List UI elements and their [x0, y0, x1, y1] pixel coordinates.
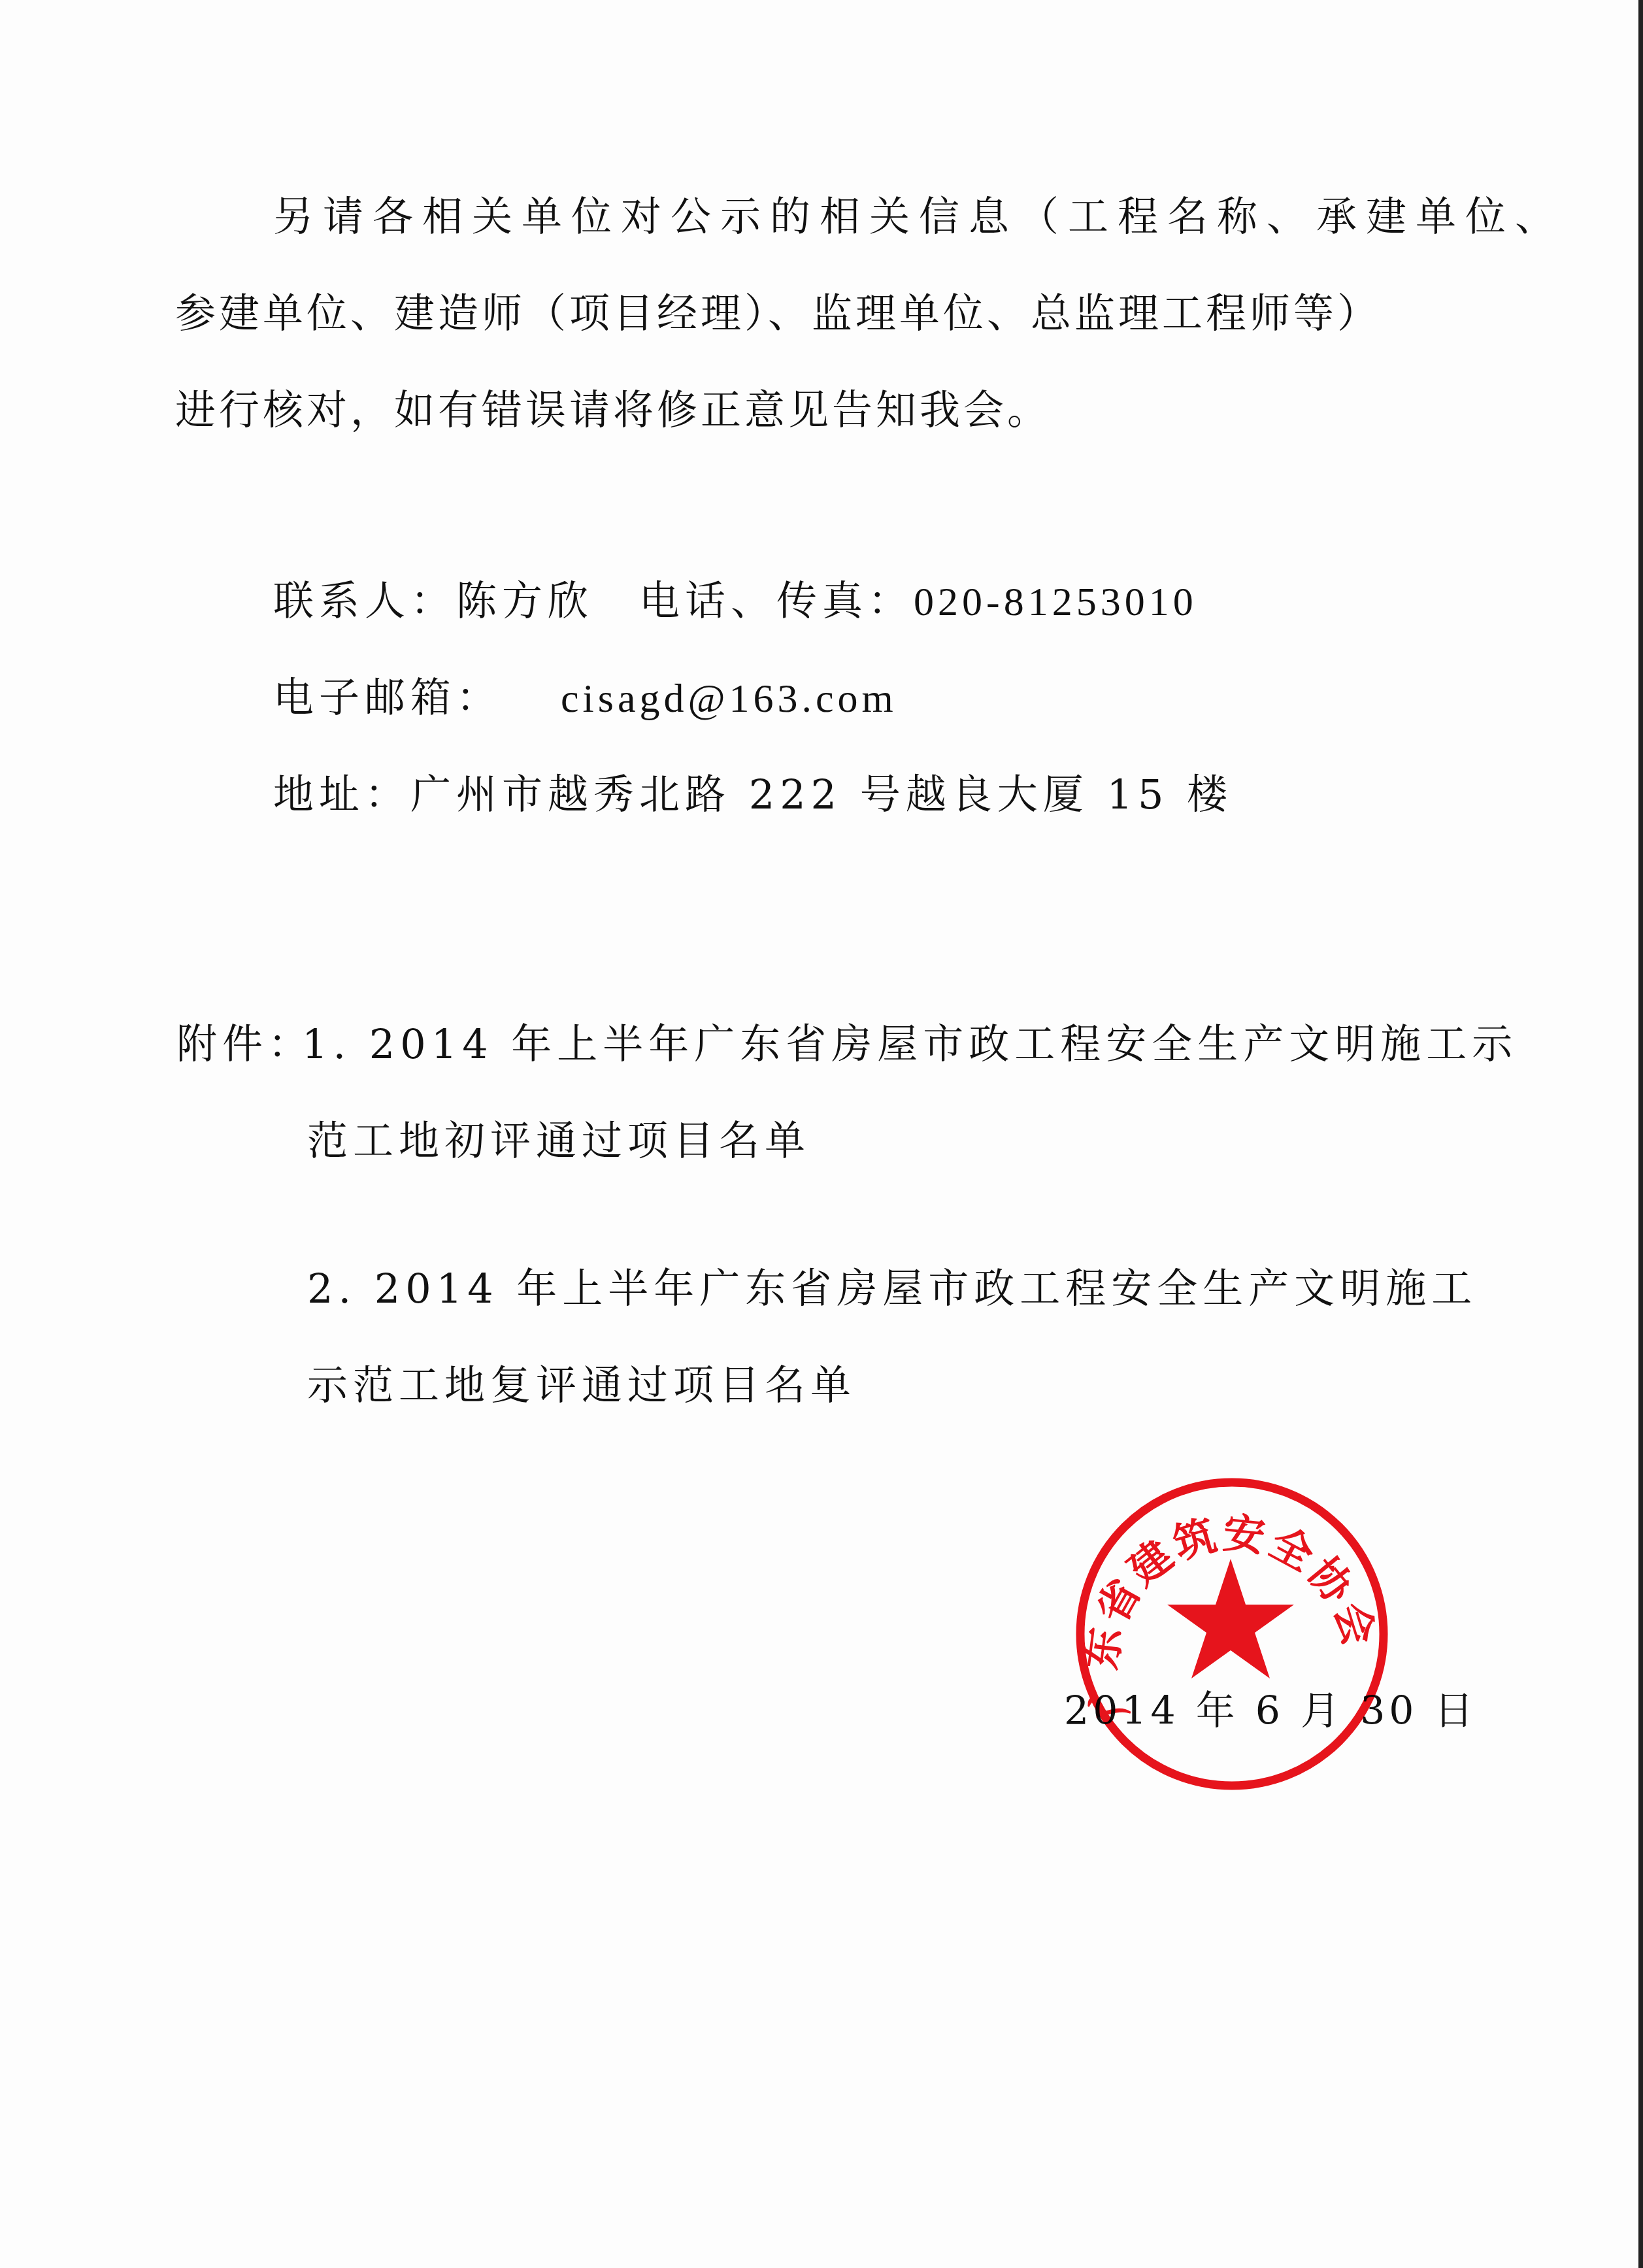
attachment-2-line-2: 示范工地复评通过项目名单	[307, 1359, 856, 1412]
attachment-1-line-2: 范工地初评通过项目名单	[307, 1115, 810, 1167]
attachment-2-line-1: 2. 2014 年上半年广东省房屋市政工程安全生产文明施工	[307, 1263, 1477, 1315]
seal-star-icon	[1167, 1559, 1294, 1678]
email-value: cisagd@163.com	[561, 676, 897, 721]
document-page: 另请各相关单位对公示的相关信息（工程名称、承建单位、 参建单位、建造师（项目经理…	[0, 0, 1643, 2268]
attachments-label: 附件：	[176, 1018, 314, 1071]
address-label: 地址：	[273, 771, 410, 818]
seal-icon: 广东省建筑安全协会	[1072, 1474, 1392, 1794]
scan-edge	[1638, 0, 1643, 2268]
phone-label: 电话、传真：	[639, 577, 914, 625]
contact-person-label: 联系人：	[273, 577, 456, 625]
email-row: 电子邮箱：cisagd@163.com	[273, 672, 897, 724]
paragraph-line-3: 进行核对，如有错误请将修正意见告知我会。	[175, 384, 1051, 437]
attachment-1-line-1: 1. 2014 年上半年广东省房屋市政工程安全生产文明施工示	[302, 1018, 1518, 1071]
official-seal: 广东省建筑安全协会	[1072, 1474, 1392, 1794]
paragraph-line-1: 另请各相关单位对公示的相关信息（工程名称、承建单位、	[273, 191, 1565, 243]
phone-value: 020-81253010	[914, 580, 1197, 624]
contact-person-row: 联系人：陈方欣电话、传真：020-81253010	[273, 575, 1197, 627]
address-value: 广州市越秀北路 222 号越良大厦 15 楼	[410, 771, 1233, 818]
contact-person-name: 陈方欣	[456, 577, 593, 625]
email-label: 电子邮箱：	[273, 674, 502, 722]
paragraph-line-2: 参建单位、建造师（项目经理）、监理单位、总监理工程师等）	[175, 288, 1381, 340]
address-row: 地址：广州市越秀北路 222 号越良大厦 15 楼	[273, 769, 1233, 821]
